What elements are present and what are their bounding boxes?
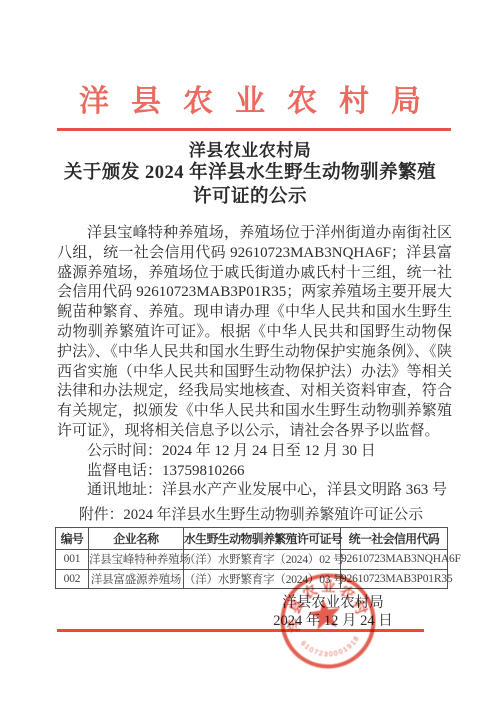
cell-serial: 001 (56, 550, 89, 570)
table-row: 001 洋县宝峰特种养殖场 （洋）水野繁育字（2024）02 号 9261072… (56, 550, 448, 570)
seal-org-arc-text: 洋县农业农村局 (279, 573, 372, 635)
cell-enterprise: 洋县富盛源养殖场 (89, 569, 184, 589)
contact-address-line: 通讯地址：洋县水产产业发展中心，洋县文明路 363 号 (57, 481, 452, 501)
permit-table: 编号 企业名称 水生野生动物驯养繁殖许可证号 统一社会信用代码 001 洋县宝峰… (55, 527, 448, 589)
col-header-serial: 编号 (56, 528, 89, 550)
publicity-period-line: 公示时间：2024 年 12 月 24 日至 12 月 30 日 (57, 442, 452, 462)
letterhead-title: 洋县农业农村局 (0, 76, 500, 120)
seal-org-arc: 洋县农业农村局 (279, 573, 372, 635)
cell-serial: 002 (56, 569, 89, 589)
document-title-line-3: 许可证的公示 (0, 186, 500, 210)
seal-star-icon (307, 597, 342, 631)
document-page: 洋县农业农村局 洋县农业农村局 关于颁发 2024 年洋县水生野生动物驯养繁殖 … (0, 0, 500, 707)
document-title-line-1: 洋县农业农村局 (0, 139, 500, 162)
document-body: 洋县宝峰特种养殖场，养殖场位于洋州街道办南街社区八组，统一社会信用代码 9261… (57, 224, 452, 501)
col-header-permit-number: 水生野生动物驯养繁殖许可证号 (184, 528, 341, 550)
document-title-line-2: 关于颁发 2024 年洋县水生野生动物驯养繁殖 (0, 162, 500, 186)
table-header-row: 编号 企业名称 水生野生动物驯养繁殖许可证号 统一社会信用代码 (56, 528, 448, 550)
attachment-title: 附件：2024 年洋县水生野生动物驯养繁殖许可证公示 (57, 503, 452, 524)
body-paragraph: 洋县宝峰特种养殖场，养殖场位于洋州街道办南街社区八组，统一社会信用代码 9261… (57, 224, 452, 442)
supervision-phone-line: 监督电话：13759810266 (57, 462, 452, 482)
cell-enterprise: 洋县宝峰特种养殖场 (89, 550, 184, 570)
cell-credit-code: 92610723MAB3NQHA6F (341, 550, 448, 570)
col-header-enterprise: 企业名称 (89, 528, 184, 550)
table-row: 002 洋县富盛源养殖场 （洋）水野繁育字（2024）03 号 92610723… (56, 569, 448, 589)
official-seal: 洋县农业农村局 6107230001918 (277, 570, 379, 672)
cell-permit-number: （洋）水野繁育字（2024）02 号 (184, 550, 341, 570)
col-header-credit-code: 统一社会信用代码 (341, 528, 448, 550)
letterhead-divider (57, 128, 451, 131)
document-title: 洋县农业农村局 关于颁发 2024 年洋县水生野生动物驯养繁殖 许可证的公示 (0, 139, 500, 209)
